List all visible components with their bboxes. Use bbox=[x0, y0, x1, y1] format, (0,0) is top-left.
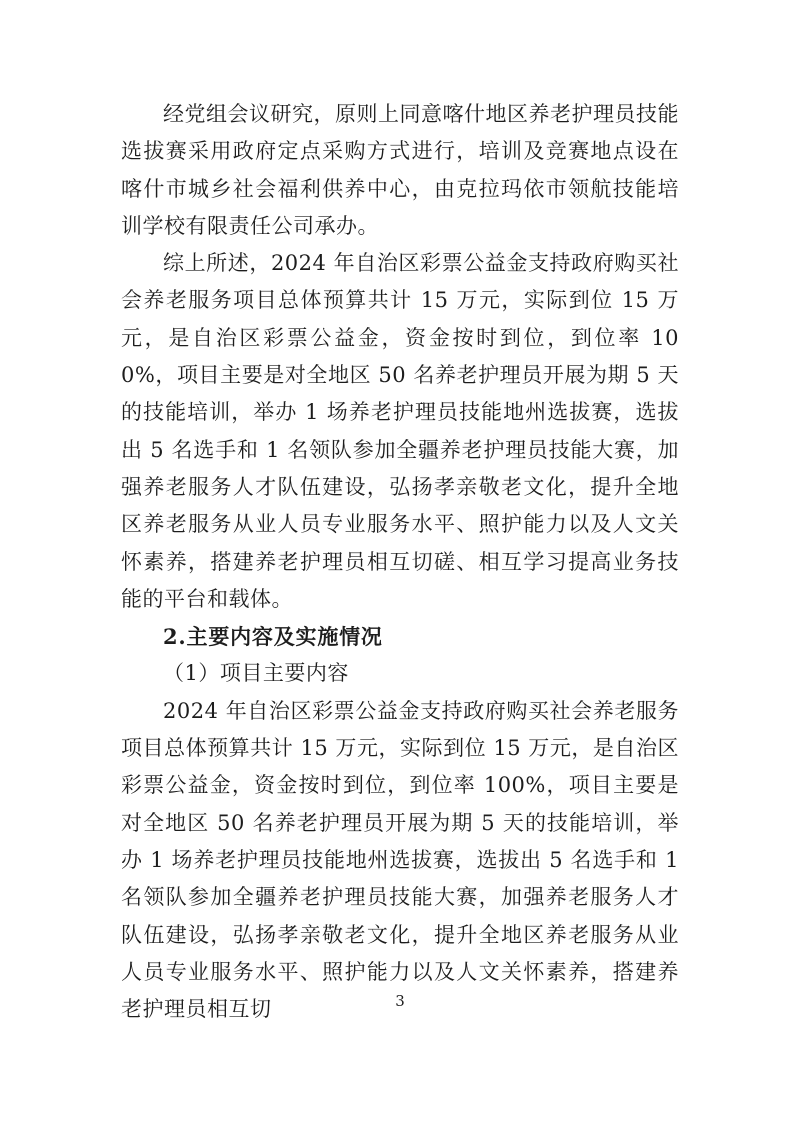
page-footer: 3 bbox=[121, 991, 679, 1010]
paragraph-summary: 综上所述，2024 年自治区彩票公益金支持政府购买社会养老服务项目总体预算共计 … bbox=[121, 245, 679, 618]
document-body: 经党组会议研究，原则上同意喀什地区养老护理员技能选拔赛采用政府定点采购方式进行，… bbox=[121, 96, 679, 1028]
subsection-heading-project-content: （1）项目主要内容 bbox=[121, 655, 679, 692]
paragraph-project-content: 2024 年自治区彩票公益金支持政府购买社会养老服务项目总体预算共计 15 万元… bbox=[121, 693, 679, 1029]
document-page: 经党组会议研究，原则上同意喀什地区养老护理员技能选拔赛采用政府定点采购方式进行，… bbox=[0, 0, 793, 1122]
section-heading-main-content: 2.主要内容及实施情况 bbox=[121, 618, 679, 655]
paragraph-meeting-decision: 经党组会议研究，原则上同意喀什地区养老护理员技能选拔赛采用政府定点采购方式进行，… bbox=[121, 96, 679, 245]
page-number: 3 bbox=[395, 992, 405, 1010]
